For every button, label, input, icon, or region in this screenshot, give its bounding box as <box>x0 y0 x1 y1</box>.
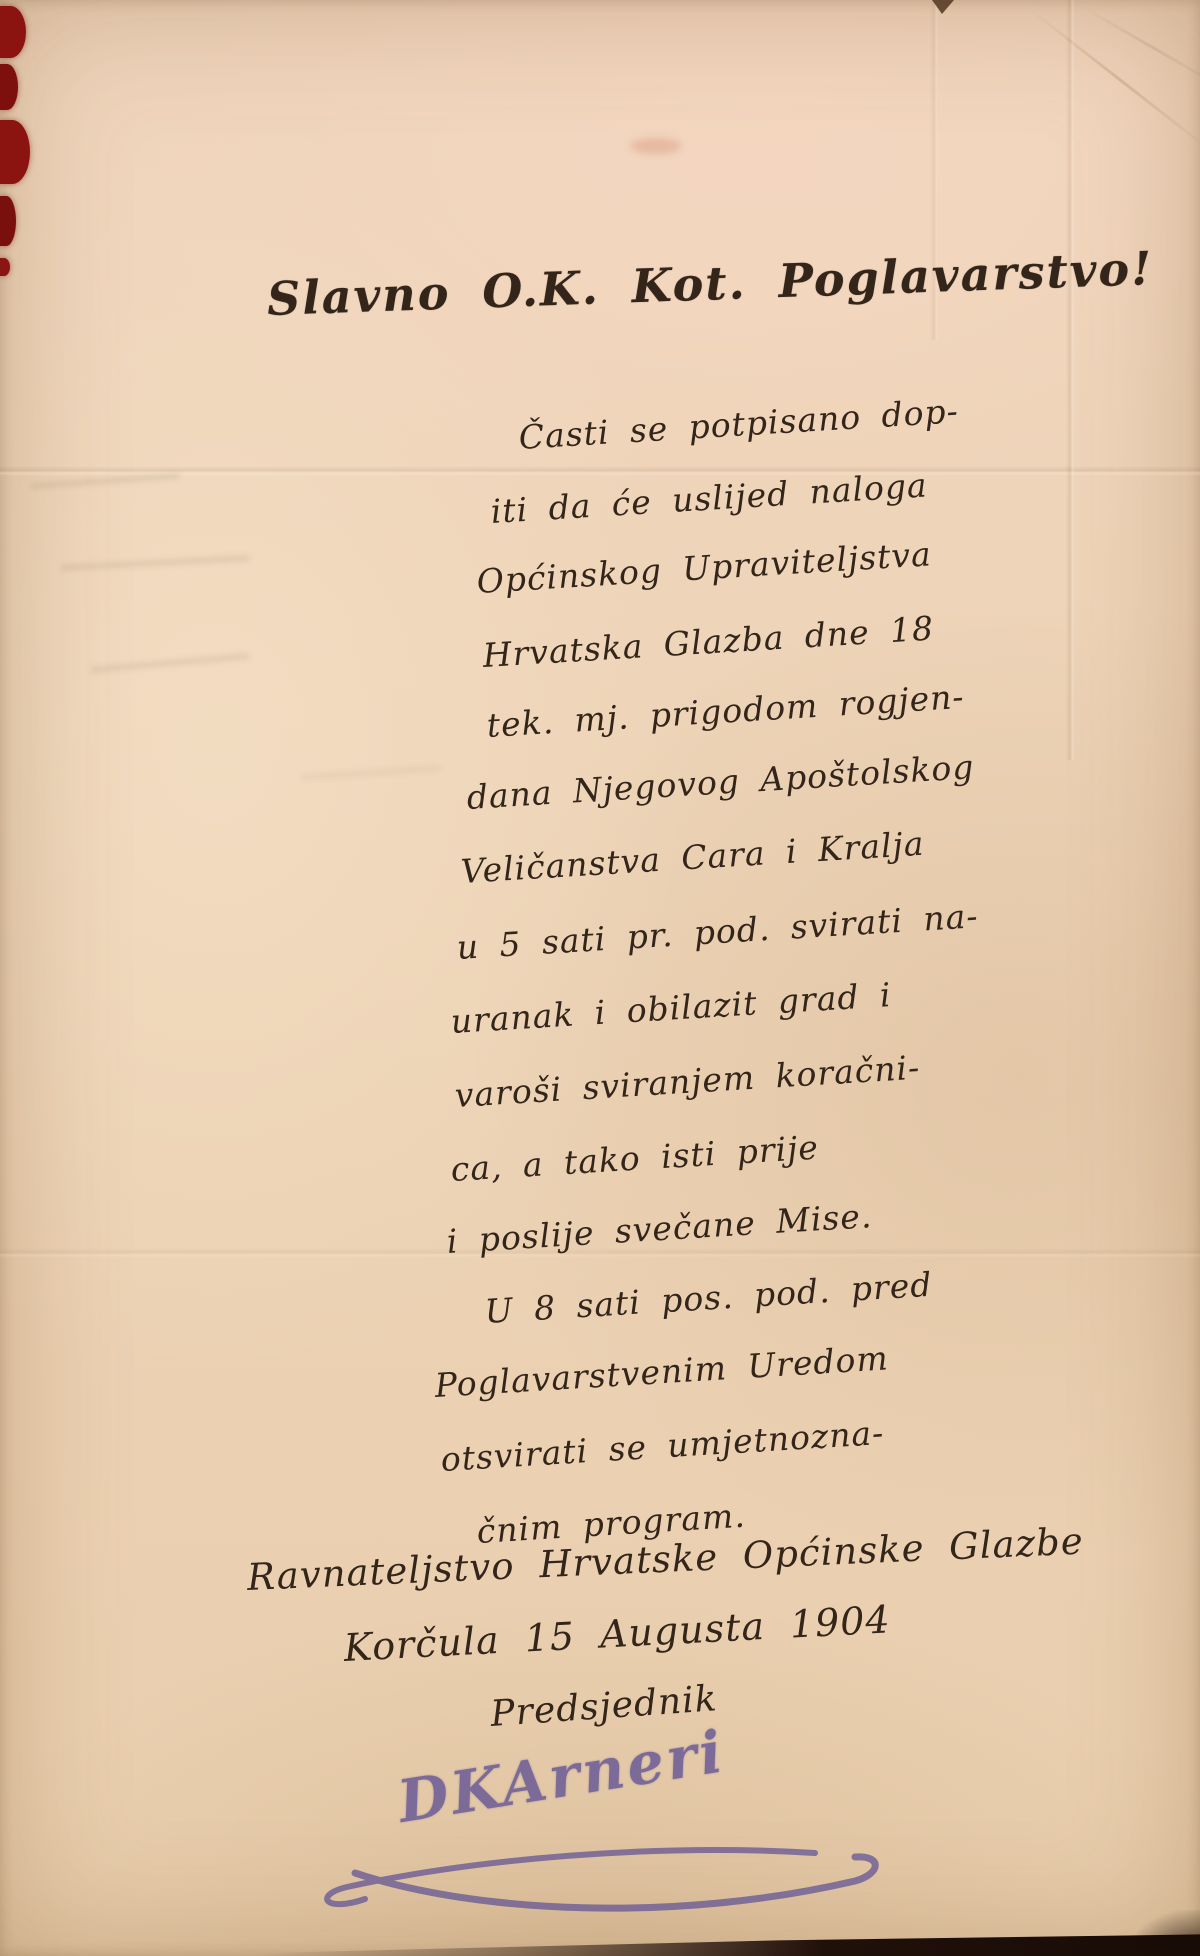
dark-corner <box>1130 1910 1200 1956</box>
pink-smudge <box>630 138 682 154</box>
edge-tear <box>932 0 954 14</box>
fold-crease <box>0 466 1200 476</box>
fold-crease <box>1066 0 1075 760</box>
signature-flourish <box>295 1795 905 1945</box>
letter-page: Slavno O.K. Kot. Poglavarstvo! Časti se … <box>0 0 1200 1956</box>
